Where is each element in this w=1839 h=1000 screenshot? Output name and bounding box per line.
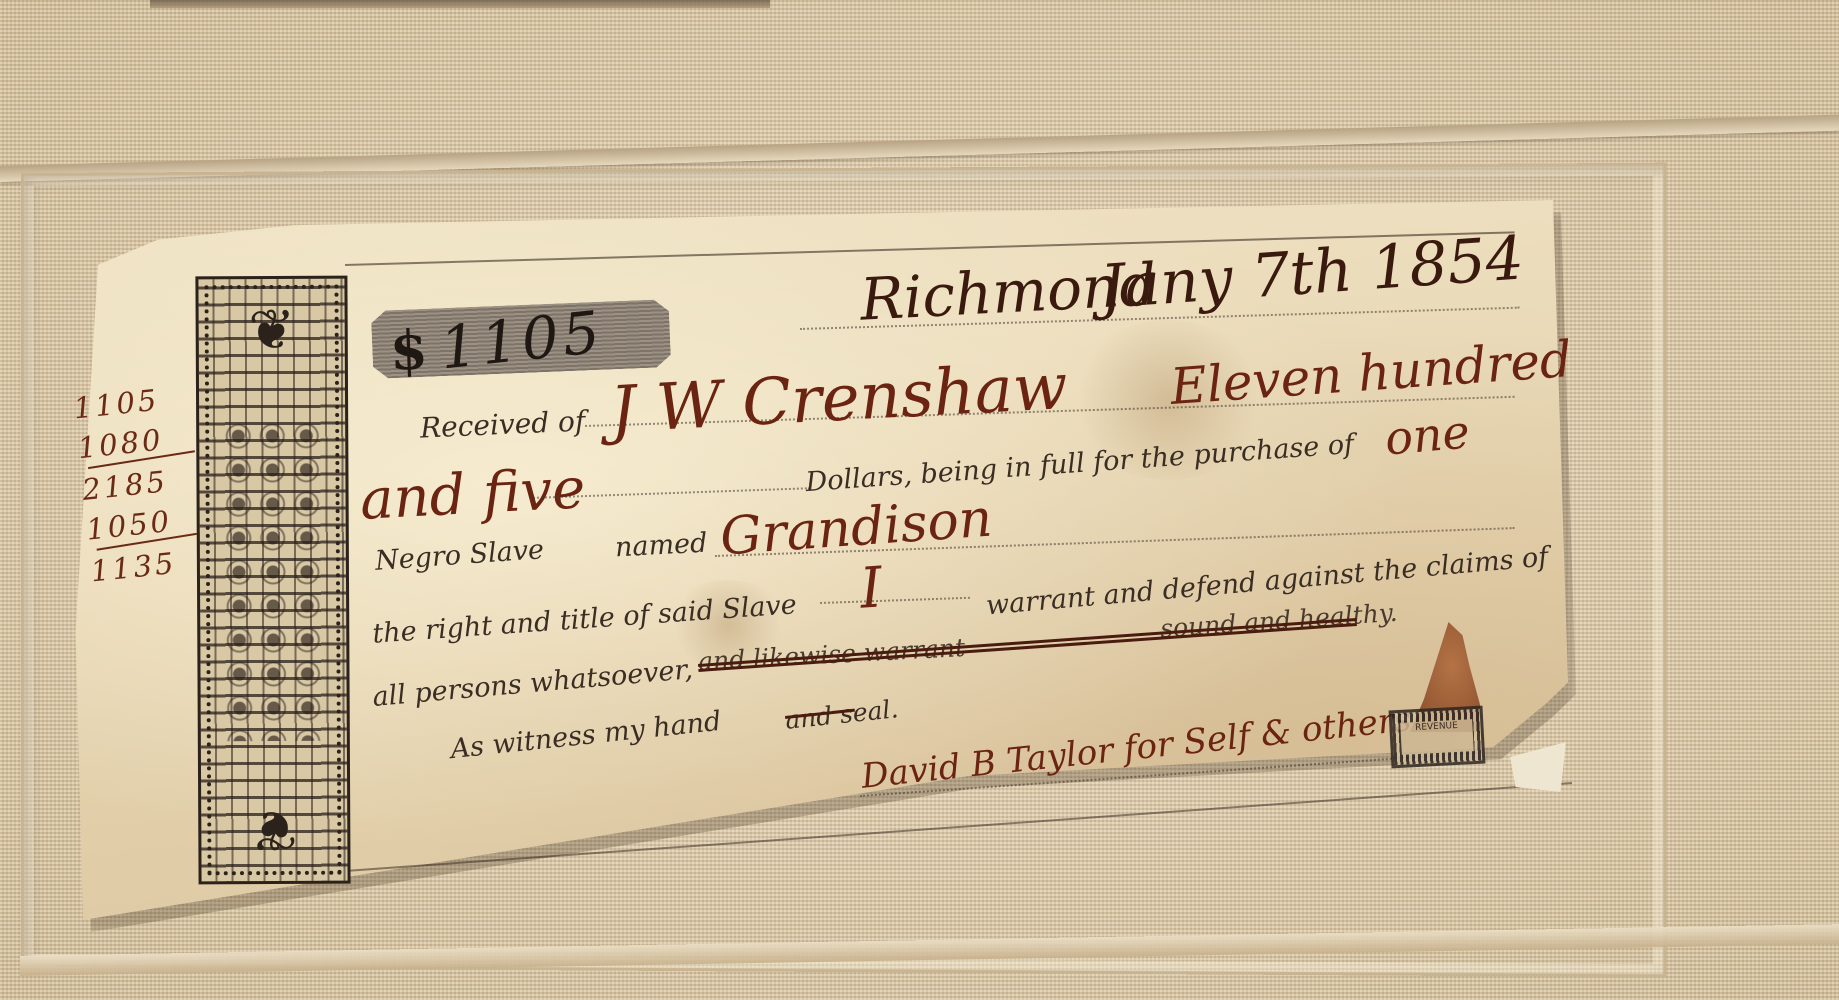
margin-arithmetic: 1105 1080 2185 1050 1135 (72, 376, 209, 591)
engraved-vignette-border: ❦ ❦ (195, 276, 350, 885)
slave-count: one (1383, 404, 1472, 465)
frame-edge-top (150, 0, 770, 8)
pronoun: I (858, 555, 885, 621)
printed-named: named (614, 528, 708, 564)
lattice-pattern (221, 419, 325, 742)
revenue-stamp: REVENUE (1389, 706, 1486, 769)
ornament-icon: ❦ (248, 303, 295, 359)
amount-words-2: and five (358, 456, 586, 533)
ornament-icon: ❦ (251, 801, 298, 857)
dollar-sign-icon: $ (389, 317, 429, 382)
stamp-label: REVENUE (1392, 709, 1483, 766)
